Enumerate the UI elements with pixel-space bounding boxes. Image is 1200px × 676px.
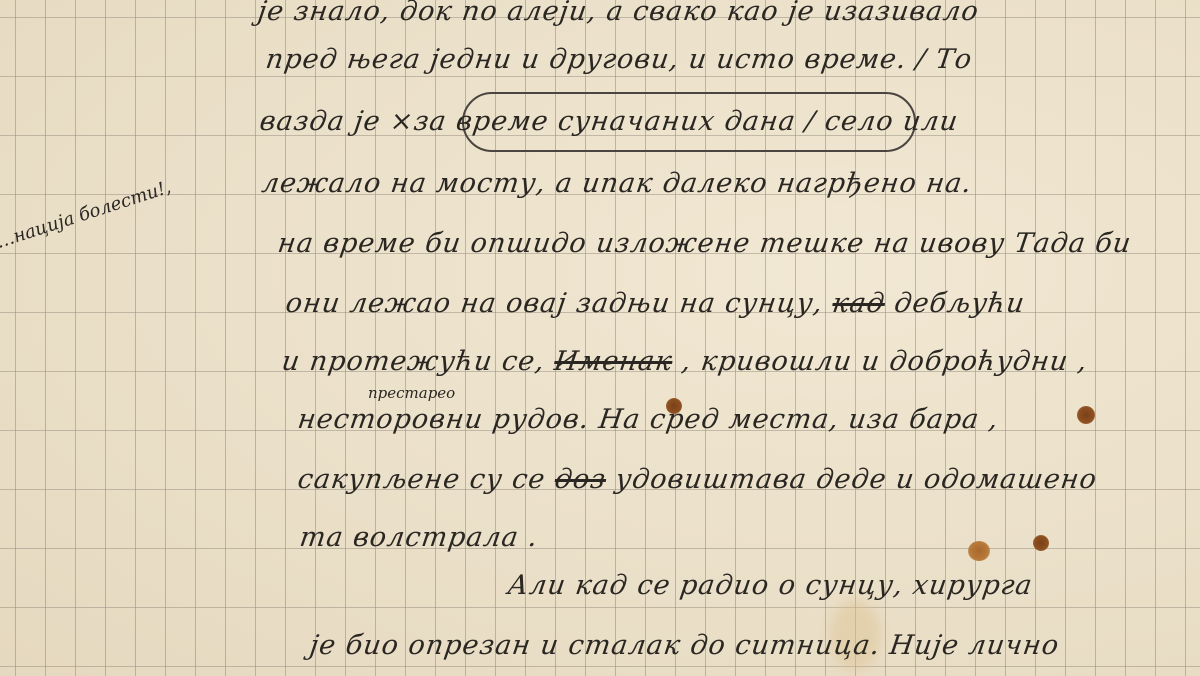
manuscript-line-3: вазда је ×за време суначаних дана / село…	[258, 106, 961, 137]
manuscript-line-4: лежало на мосту, а ипак далеко нагрђено …	[260, 168, 974, 199]
line-6-tail: дебљући	[892, 288, 1027, 319]
manuscript-line-9: сакупљене су се доз удовиштава деде и од…	[296, 464, 1099, 495]
manuscript-line-10: та волстрала .	[298, 522, 540, 553]
line-9-text: сакупљене су се	[296, 464, 548, 495]
line-9-struck-word: доз	[553, 464, 608, 495]
manuscript-line-7: и протежући се, Именак , кривошли и добр…	[280, 346, 1090, 377]
manuscript-line-5: на време би опшидо изложене тешке на иво…	[276, 228, 1134, 259]
line-7-text: и протежући се,	[280, 346, 547, 377]
margin-note: …нација болести!,	[0, 177, 173, 253]
ink-stain	[666, 398, 682, 414]
manuscript-line-12: је био опрезан и сталак до ситница. Није…	[308, 630, 1062, 661]
manuscript-line-6: они лежао на овај задњи на сунцу, кад де…	[284, 288, 1027, 319]
line-7-struck-word: Именак	[552, 346, 674, 377]
manuscript-line-1: је знало, док по алеји, а свако као је и…	[256, 0, 981, 27]
manuscript-line-11: Али кад се радио о сунцу, хирурга	[506, 570, 1035, 601]
manuscript-line-2: пред њега једни и другови, и исто време.…	[264, 44, 975, 75]
manuscript-page: …нација болести!, је знало, док по алеји…	[0, 0, 1200, 676]
ink-stain	[968, 541, 990, 561]
ink-stain	[1033, 535, 1049, 551]
ink-stain	[1077, 406, 1095, 424]
manuscript-line-8: несторовни рудов. На сред места, иза бар…	[296, 404, 1001, 435]
line-6-struck-word: кад	[830, 288, 887, 319]
line-9-tail: удовиштава деде и одомашено	[613, 464, 1099, 495]
superscript-insertion: престарео	[368, 384, 455, 402]
line-6-text: они лежао на овај задњи на сунцу,	[284, 288, 825, 319]
line-7-tail: , кривошли и доброћудни ,	[680, 346, 1090, 377]
